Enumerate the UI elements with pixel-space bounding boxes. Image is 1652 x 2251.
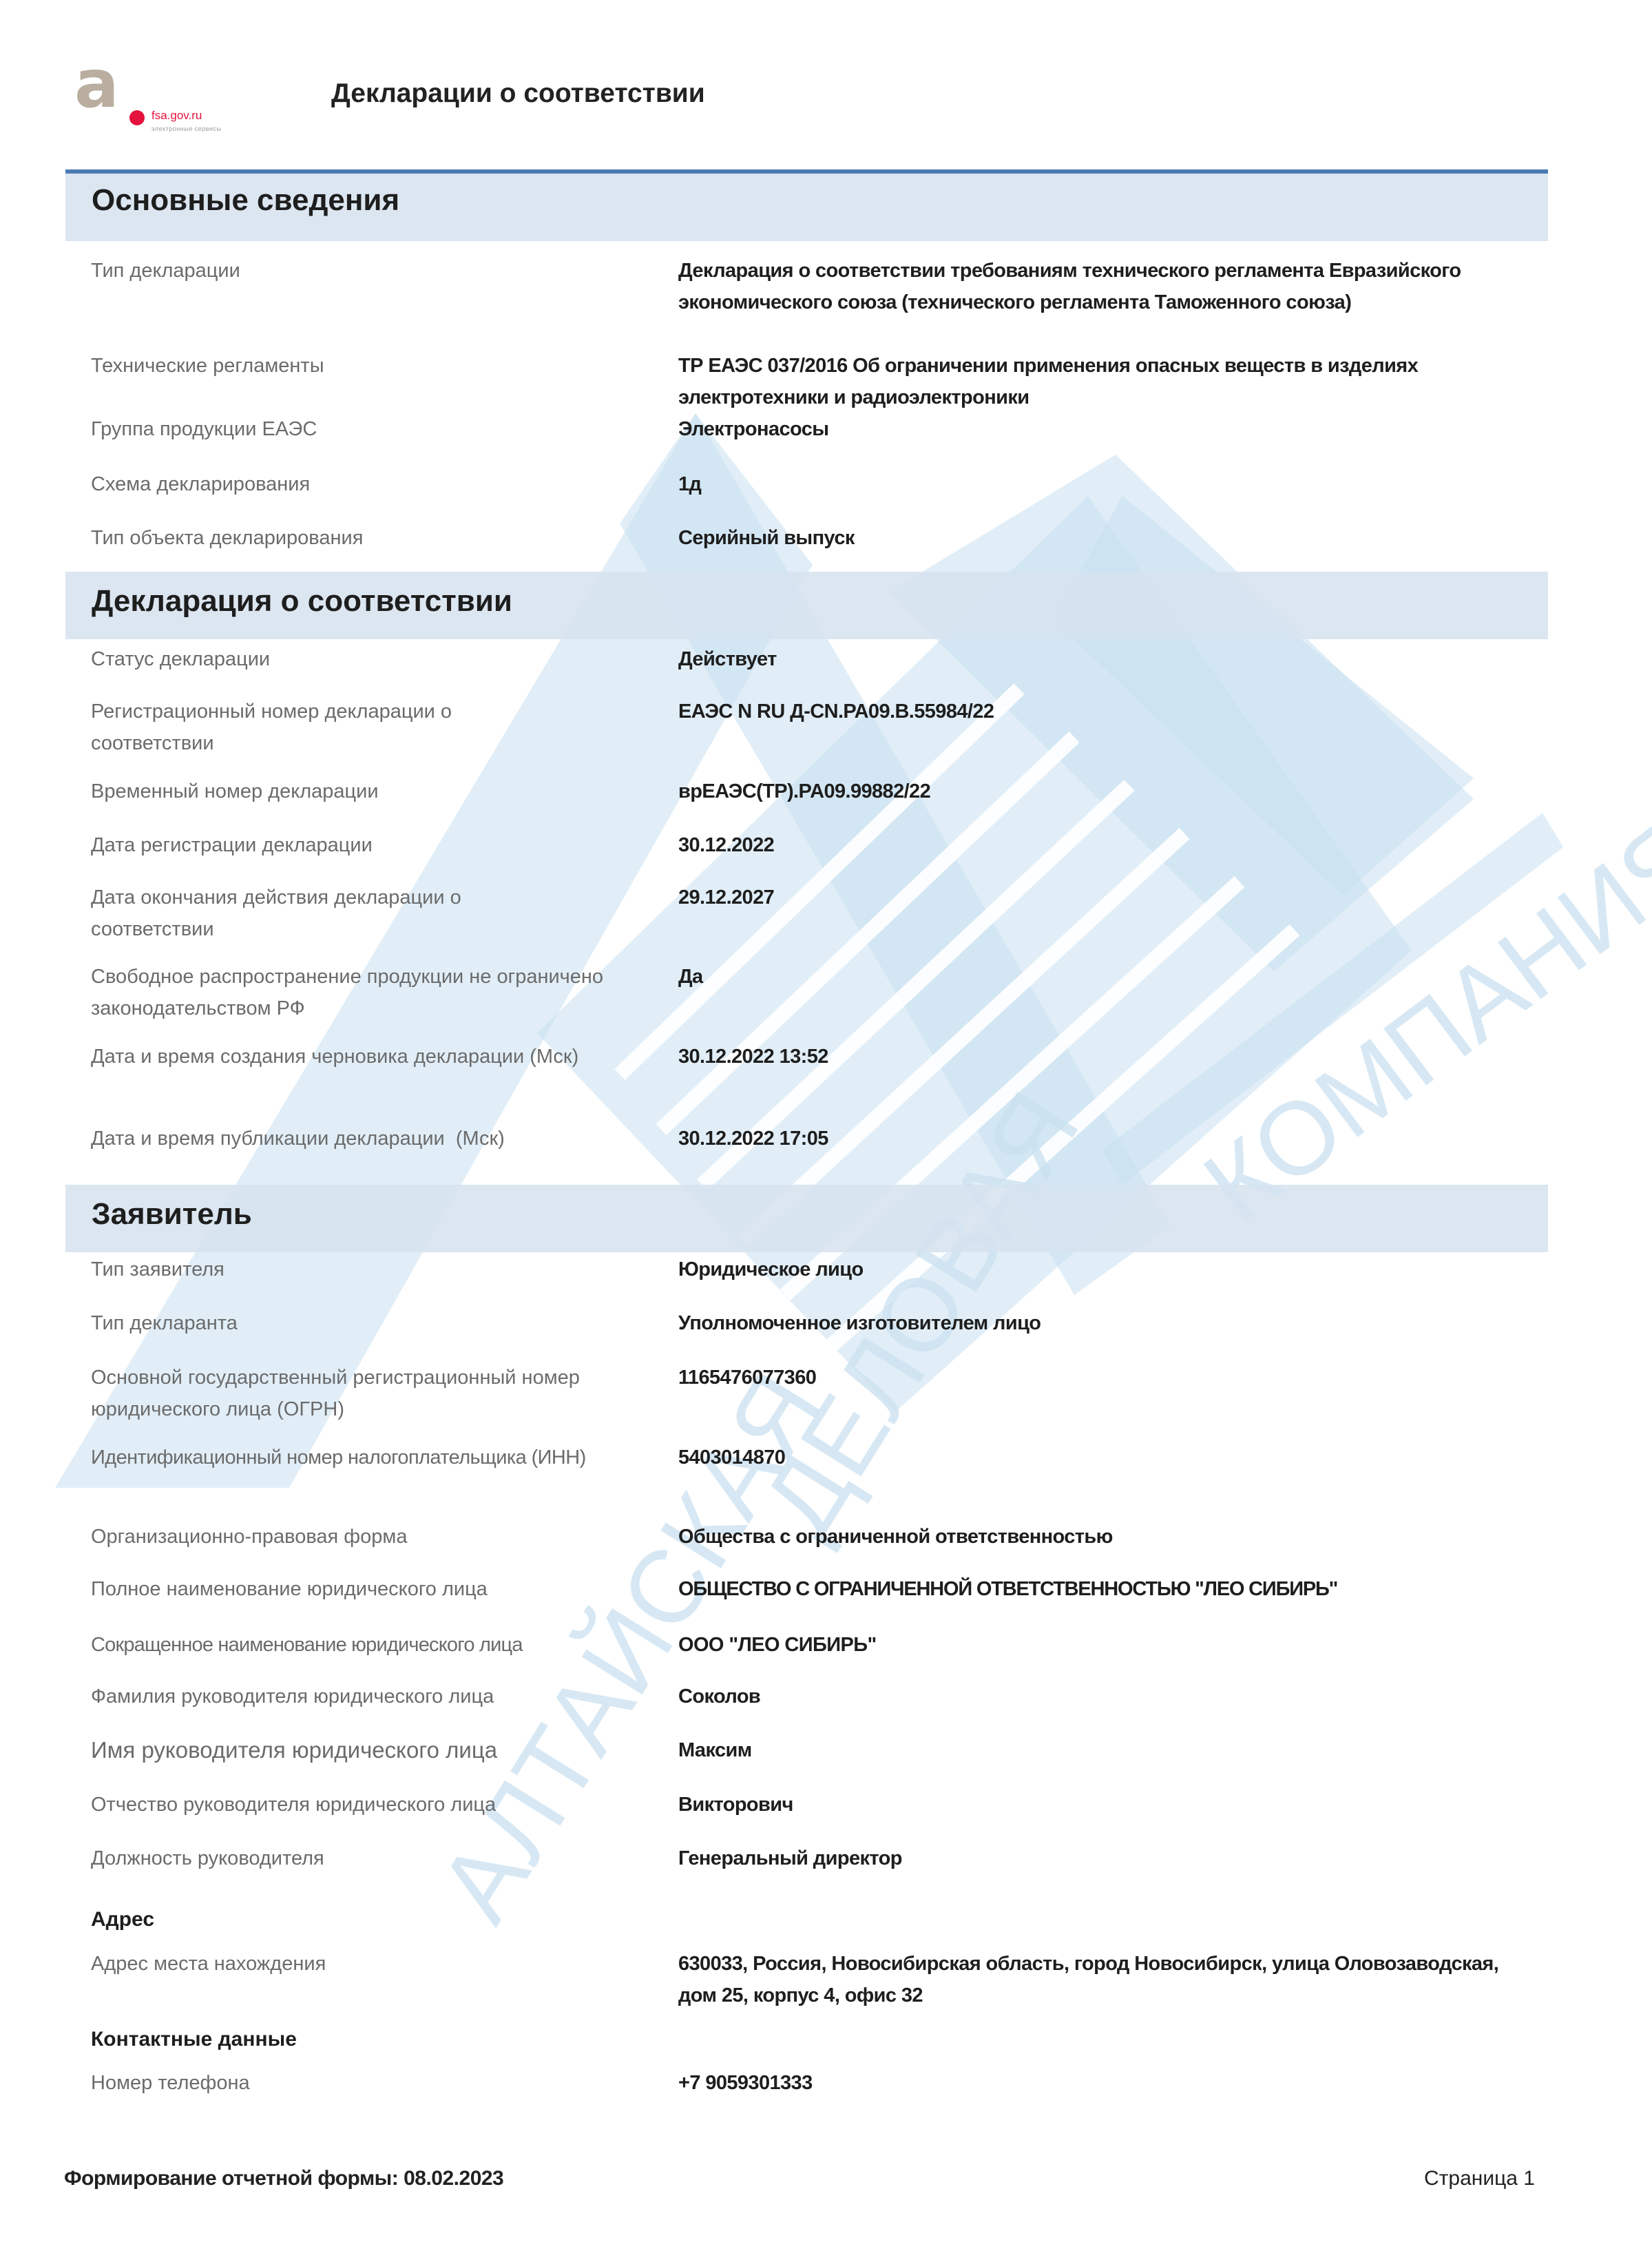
- field-value: 1165476077360: [678, 1362, 1532, 1393]
- field-value: Да: [678, 961, 1532, 993]
- field-value: 30.12.2022: [678, 829, 1532, 861]
- field-label: Технические регламенты: [91, 350, 662, 382]
- logo-dot-icon: [129, 110, 145, 125]
- field-label: Отчество руководителя юридического лица: [91, 1789, 662, 1820]
- field-label: Свободное распространение продукции не о…: [91, 961, 614, 1024]
- field-value: Общества с ограниченной ответственностью: [678, 1521, 1532, 1553]
- logo-site-name: fsa.gov.ru: [151, 109, 202, 123]
- status-value: Действует: [678, 643, 1532, 675]
- field-value: Декларация о соответствии требованиям те…: [678, 255, 1470, 318]
- field-label: Тип декларанта: [91, 1307, 662, 1339]
- field-label: Имя руководителя юридического лица: [91, 1734, 662, 1766]
- field-label: Основной государственный регистрационный…: [91, 1362, 642, 1425]
- fsa-logo[interactable]: a fsa.gov.ru электронные сервисы: [74, 63, 281, 139]
- field-label: Идентификационный номер налогоплательщик…: [91, 1442, 666, 1473]
- field-label: Должность руководителя: [91, 1843, 662, 1874]
- logo-subtitle: электронные сервисы: [151, 125, 222, 132]
- field-label: Тип заявителя: [91, 1254, 662, 1285]
- field-value: Электронасосы: [678, 413, 1532, 445]
- field-value: Юридическое лицо: [678, 1254, 1532, 1285]
- field-label: Дата и время создания черновика декларац…: [91, 1041, 642, 1072]
- field-value: ЕАЭС N RU Д-CN.РА09.В.55984/22: [678, 696, 1532, 727]
- field-label: Регистрационный номер декларации о соотв…: [91, 696, 573, 759]
- section-header-basic-info: Основные сведения: [65, 169, 1548, 241]
- field-value: 29.12.2027: [678, 882, 1532, 913]
- field-value: Генеральный директор: [678, 1843, 1532, 1874]
- field-value: Викторович: [678, 1789, 1532, 1820]
- section-header-applicant: Заявитель: [65, 1185, 1548, 1252]
- field-label: Фамилия руководителя юридического лица: [91, 1681, 662, 1712]
- declaration-document: a fsa.gov.ru электронные сервисы Деклара…: [0, 0, 1652, 2251]
- field-label: Группа продукции ЕАЭС: [91, 413, 662, 445]
- phone-value: +7 9059301333: [678, 2067, 1532, 2099]
- field-value: 1д: [678, 468, 1532, 500]
- field-label: Сокращенное наименование юридического ли…: [91, 1629, 662, 1661]
- section-title: Основные сведения: [92, 183, 399, 218]
- subheading-contacts: Контактные данные: [91, 2028, 297, 2051]
- field-label: Статус декларации: [91, 643, 662, 675]
- field-value: ООО "ЛЕО СИБИРЬ": [678, 1629, 1532, 1661]
- field-label: Дата окончания действия декларации о соо…: [91, 882, 573, 945]
- field-label: Временный номер декларации: [91, 776, 662, 807]
- field-value: 30.12.2022 17:05: [678, 1123, 1532, 1154]
- field-value: Серийный выпуск: [678, 522, 1532, 554]
- section-title: Заявитель: [92, 1197, 252, 1232]
- field-label: Тип декларации: [91, 255, 662, 287]
- field-value: 630033, Россия, Новосибирская область, г…: [678, 1948, 1505, 2011]
- page-title: Декларации о соответствии: [331, 79, 705, 109]
- section-title: Декларация о соответствии: [92, 584, 512, 619]
- field-value: 30.12.2022 13:52: [678, 1041, 1532, 1072]
- field-label: Тип объекта декларирования: [91, 522, 662, 554]
- field-value: Соколов: [678, 1681, 1532, 1712]
- field-label: Организационно-правовая форма: [91, 1521, 662, 1553]
- field-label: Дата и время публикации декларации (Мск): [91, 1123, 662, 1154]
- subheading-address: Адрес: [91, 1908, 154, 1931]
- field-value: 5403014870: [678, 1442, 1532, 1473]
- field-label: Номер телефона: [91, 2067, 662, 2099]
- field-value: Уполномоченное изготовителем лицо: [678, 1307, 1532, 1339]
- logo-letter-icon: a: [74, 51, 119, 117]
- field-label: Полное наименование юридического лица: [91, 1573, 662, 1605]
- field-value: Максим: [678, 1734, 1532, 1766]
- field-value: врЕАЭС(TP).PA09.99882/22: [678, 776, 1532, 807]
- field-label: Схема декларирования: [91, 468, 662, 500]
- field-label: Адрес места нахождения: [91, 1948, 662, 1980]
- report-generated-date: Формирование отчетной формы: 08.02.2023: [64, 2167, 503, 2190]
- page-number: Страница 1: [1424, 2167, 1535, 2190]
- field-value: ОБЩЕСТВО С ОГРАНИЧЕННОЙ ОТВЕТСТВЕННОСТЬЮ…: [678, 1573, 1573, 1605]
- field-label: Дата регистрации декларации: [91, 829, 662, 861]
- field-value: ТР ЕАЭС 037/2016 Об ограничении применен…: [678, 350, 1470, 413]
- section-header-declaration: Декларация о соответствии: [65, 572, 1548, 639]
